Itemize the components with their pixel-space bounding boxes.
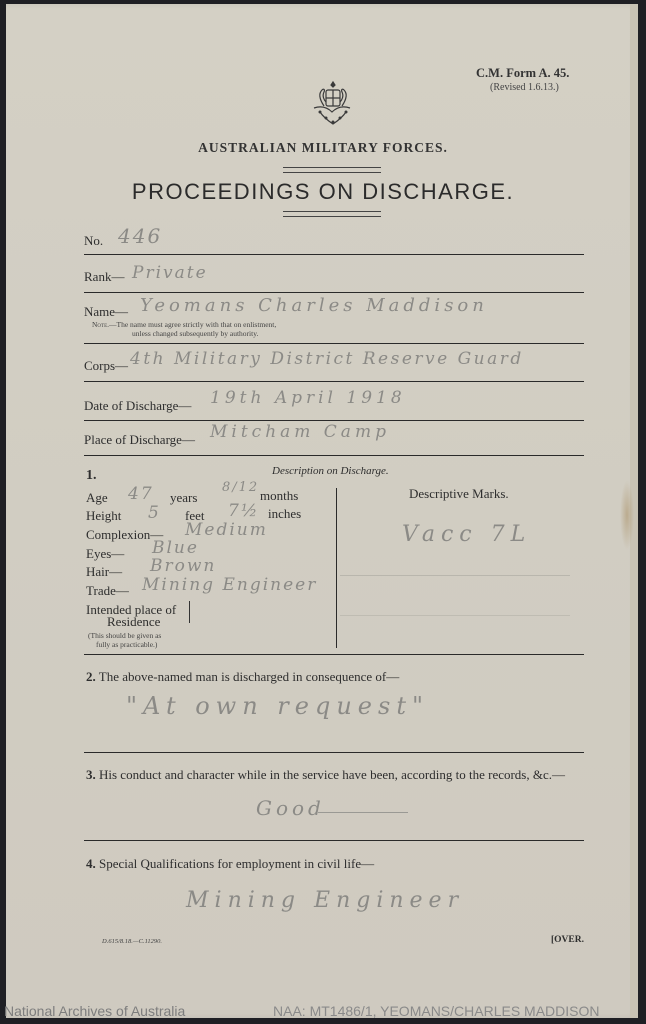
faint-rule [340, 575, 570, 576]
section-3-value: Good [256, 796, 325, 820]
rank-label: Rank— [84, 269, 124, 285]
residence-note-2: fully as practicable.) [96, 640, 157, 649]
hair-label: Hair— [86, 564, 122, 580]
section-4-number: 4. [86, 856, 96, 871]
section-1-number: 1. [86, 468, 97, 484]
corps-label: Corps— [84, 358, 128, 374]
name-value: Yeomans Charles Maddison [140, 295, 488, 316]
corps-value: 4th Military District Reserve Guard [130, 349, 524, 369]
age-months-value: 8/12 [222, 480, 259, 495]
section-3: 3. His conduct and character while in th… [86, 767, 565, 783]
rule [84, 292, 584, 293]
document-title: PROCEEDINGS ON DISCHARGE. [0, 179, 646, 205]
section-2-number: 2. [86, 669, 96, 684]
residence-note-1: (This should be given as [88, 631, 161, 640]
residence-brace [186, 601, 190, 623]
section-1-heading: Description on Discharge. [272, 465, 389, 477]
print-code: D.615/8.18.—C.11290. [102, 938, 162, 945]
descriptive-marks-label: Descriptive Marks. [409, 486, 509, 502]
rule [84, 455, 584, 456]
age-label: Age [86, 490, 108, 506]
section-1-divider [336, 488, 337, 648]
over-marker: [OVER. [551, 935, 584, 945]
complexion-value: Medium [185, 520, 268, 540]
name-note-prefix: Note. [92, 320, 109, 329]
number-label: No. [84, 233, 103, 249]
form-revision: (Revised 1.6.13.) [490, 82, 559, 93]
section-4-value: Mining Engineer [186, 888, 464, 913]
form-code: C.M. Form A. 45. [476, 66, 569, 81]
section-2-label: The above-named man is discharged in con… [99, 669, 399, 684]
height-inches-value: 7½ [228, 501, 259, 521]
rank-value: Private [132, 263, 208, 283]
title-rule-bottom [283, 211, 381, 217]
date-of-discharge-label: Date of Discharge— [84, 398, 191, 414]
place-of-discharge-value: Mitcham Camp [210, 422, 390, 442]
name-note: Note.—The name must agree strictly with … [92, 320, 276, 338]
section-4: 4. Special Qualifications for employment… [86, 856, 374, 872]
height-label: Height [86, 508, 121, 524]
pencil-stroke [318, 812, 408, 813]
trade-label: Trade— [86, 583, 129, 599]
coat-of-arms-icon [300, 78, 366, 128]
faint-rule [340, 615, 570, 616]
section-4-label: Special Qualifications for employment in… [99, 856, 374, 871]
section-3-label: His conduct and character while in the s… [99, 767, 565, 782]
place-of-discharge-label: Place of Discharge— [84, 432, 195, 448]
rule [84, 752, 584, 753]
organization-heading: AUSTRALIAN MILITARY FORCES. [0, 140, 646, 156]
rule [84, 343, 584, 344]
trade-value: Mining Engineer [142, 575, 317, 595]
name-note-line1: —The name must agree strictly with that … [109, 320, 276, 329]
residence-label-2: Residence [107, 614, 160, 630]
name-note-line2: unless changed subsequently by authority… [92, 329, 258, 338]
age-years-value: 47 [128, 484, 154, 504]
section-2-value: "At own request" [126, 692, 429, 720]
rule [84, 654, 584, 655]
name-label: Name— [84, 304, 128, 320]
rule [84, 420, 584, 421]
height-feet-value: 5 [148, 503, 161, 523]
number-value: 446 [118, 224, 162, 248]
hair-value: Brown [150, 556, 216, 576]
paper-stain [620, 480, 634, 550]
years-label: years [170, 490, 197, 506]
section-2: 2. The above-named man is discharged in … [86, 669, 399, 685]
rule [84, 381, 584, 382]
rule [84, 840, 584, 841]
inches-label: inches [268, 506, 301, 522]
section-3-number: 3. [86, 767, 96, 782]
eyes-value: Blue [152, 538, 199, 558]
title-rule-top [283, 167, 381, 173]
descriptive-marks-value: Vacc 7L [402, 522, 531, 547]
months-label: months [260, 488, 298, 504]
record-reference: NAA: MT1486/1, YEOMANS/CHARLES MADDISON [273, 1003, 600, 1019]
eyes-label: Eyes— [86, 546, 124, 562]
date-of-discharge-value: 19th April 1918 [210, 388, 406, 408]
rule [84, 254, 584, 255]
archive-watermark: National Archives of Australia [4, 1003, 185, 1019]
